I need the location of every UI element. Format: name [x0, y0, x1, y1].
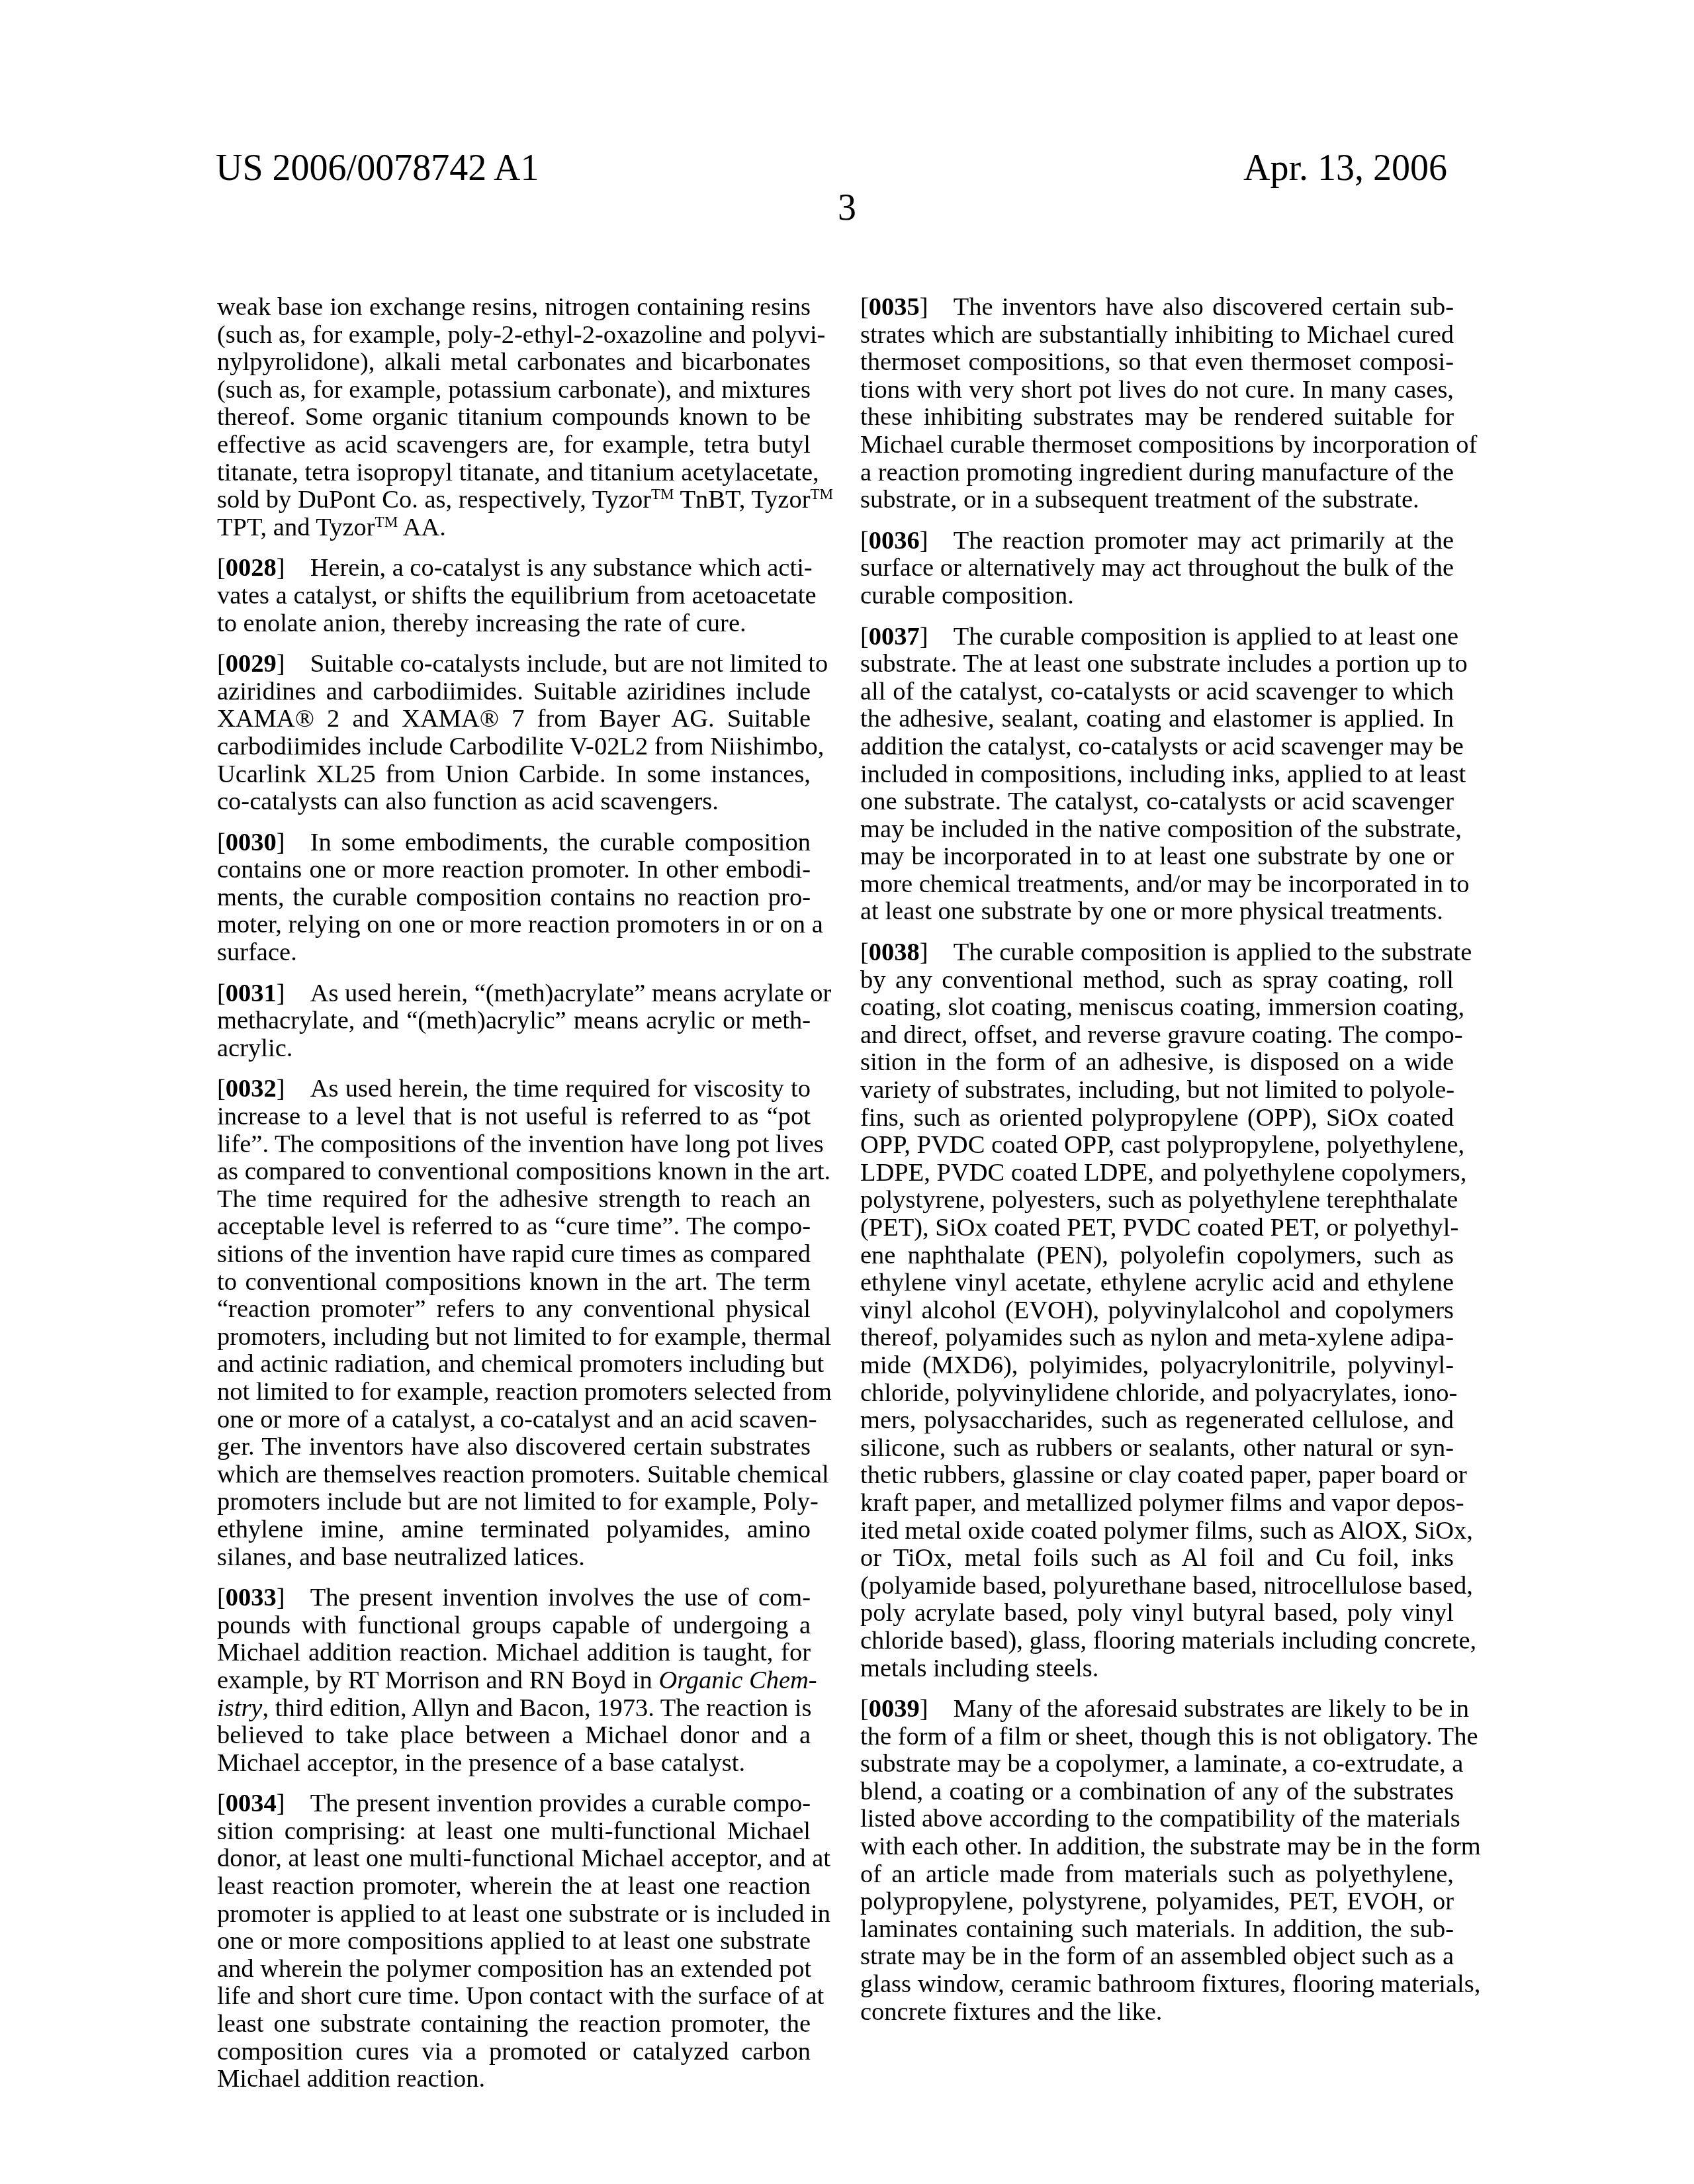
- text-line: at least one substrate by one or more ph…: [860, 898, 1454, 926]
- text-line: vates a catalyst, or shifts the equilibr…: [217, 582, 811, 610]
- text-line: and direct, offset, and reverse gravure …: [860, 1022, 1454, 1050]
- text-line: silicone, such as rubbers or sealants, o…: [860, 1435, 1454, 1463]
- text-line: [0037]The curable composition is applied…: [860, 623, 1454, 651]
- text-line: (polyamide based, polyurethane based, ni…: [860, 1572, 1454, 1600]
- text-line: strate may be in the form of an assemble…: [860, 1943, 1454, 1971]
- text-line: weak base ion exchange resins, nitrogen …: [217, 294, 811, 322]
- paragraph-0038: [0038]The curable composition is applied…: [860, 939, 1454, 1682]
- text-line: mers, polysaccharides, such as regenerat…: [860, 1407, 1454, 1435]
- text-line: sold by DuPont Co. as, respectively, Tyz…: [217, 486, 811, 514]
- text-line: a reaction promoting ingredient during m…: [860, 459, 1454, 487]
- paragraph-number: [0030]: [217, 829, 310, 856]
- paragraph-0031: [0031]As used herein, “(meth)acrylate” m…: [217, 980, 811, 1063]
- text-line: XAMA® 2 and XAMA® 7 from Bayer AG. Suita…: [217, 705, 811, 733]
- text-line: promoter is applied to at least one subs…: [217, 1901, 811, 1929]
- text-line: life and short cure time. Upon contact w…: [217, 1983, 811, 2011]
- text-line: concrete fixtures and the like.: [860, 1999, 1454, 2026]
- text-line: these inhibiting substrates may be rende…: [860, 404, 1454, 432]
- text-line: of an article made from materials such a…: [860, 1861, 1454, 1889]
- text-line: ethylene imine, amine terminated polyami…: [217, 1516, 811, 1544]
- text-line: contains one or more reaction promoter. …: [217, 856, 811, 884]
- text-line: fins, such as oriented polypropylene (OP…: [860, 1105, 1454, 1132]
- text-line: to conventional compositions known in th…: [217, 1269, 811, 1297]
- text-line: acceptable level is referred to as “cure…: [217, 1213, 811, 1241]
- text-line: substrate, or in a subsequent treatment …: [860, 486, 1454, 514]
- text-line: as compared to conventional compositions…: [217, 1158, 811, 1186]
- text-line: the form of a film or sheet, though this…: [860, 1723, 1454, 1751]
- text-line: increase to a level that is not useful i…: [217, 1103, 811, 1131]
- text-line: [0039]Many of the aforesaid substrates a…: [860, 1696, 1454, 1723]
- text-line: all of the catalyst, co-catalysts or aci…: [860, 678, 1454, 706]
- text-line: and wherein the polymer composition has …: [217, 1956, 811, 1983]
- text-line: thereof, polyamides such as nylon and me…: [860, 1324, 1454, 1352]
- text-line: moter, relying on one or more reaction p…: [217, 911, 811, 939]
- text-line: [0038]The curable composition is applied…: [860, 939, 1454, 967]
- text-line: not limited to for example, reaction pro…: [217, 1379, 811, 1406]
- text-line: Michael curable thermoset compositions b…: [860, 432, 1454, 459]
- text-line: which are themselves reaction promoters.…: [217, 1461, 811, 1489]
- text-line: substrate may be a copolymer, a laminate…: [860, 1751, 1454, 1778]
- text-line: example, by RT Morrison and RN Boyd in O…: [217, 1667, 811, 1695]
- text-line: listed above according to the compatibil…: [860, 1805, 1454, 1833]
- text-line: titanate, tetra isopropyl titanate, and …: [217, 459, 811, 487]
- paragraph-number: [0035]: [860, 293, 954, 321]
- paragraph-number: [0029]: [217, 650, 310, 678]
- text-line: surface.: [217, 939, 811, 967]
- text-line: OPP, PVDC coated OPP, cast polypropylene…: [860, 1132, 1454, 1160]
- text-line: polystyrene, polyesters, such as polyeth…: [860, 1187, 1454, 1214]
- text-line: [0034]The present invention provides a c…: [217, 1790, 811, 1818]
- text-line: ger. The inventors have also discovered …: [217, 1433, 811, 1461]
- text-line: may be included in the native compositio…: [860, 816, 1454, 844]
- text-line: sition comprising: at least one multi-fu…: [217, 1818, 811, 1846]
- text-line: donor, at least one multi-functional Mic…: [217, 1845, 811, 1873]
- paragraph-0033: [0033]The present invention involves the…: [217, 1584, 811, 1777]
- text-line: addition the catalyst, co-catalysts or a…: [860, 733, 1454, 761]
- paragraph-0029: [0029]Suitable co-catalysts include, but…: [217, 651, 811, 816]
- text-line: blend, a coating or a combination of any…: [860, 1778, 1454, 1806]
- text-line: aziridines and carbodiimides. Suitable a…: [217, 678, 811, 706]
- text-line: pounds with functional groups capable of…: [217, 1612, 811, 1640]
- paragraph-0034: [0034]The present invention provides a c…: [217, 1790, 811, 2093]
- text-line: ments, the curable composition contains …: [217, 884, 811, 912]
- text-line: sitions of the invention have rapid cure…: [217, 1241, 811, 1269]
- text-line: glass window, ceramic bathroom fixtures,…: [860, 1971, 1454, 1999]
- text-line: [0033]The present invention involves the…: [217, 1584, 811, 1612]
- paragraph-number: [0034]: [217, 1790, 310, 1817]
- text-line: [0028]Herein, a co-catalyst is any subst…: [217, 555, 811, 582]
- paragraph-number: [0036]: [860, 527, 954, 555]
- text-line: mide (MXD6), polyimides, polyacrylonitri…: [860, 1352, 1454, 1380]
- text-line: composition cures via a promoted or cata…: [217, 2038, 811, 2066]
- text-line: may be incorporated in to at least one s…: [860, 843, 1454, 871]
- text-line: “reaction promoter” refers to any conven…: [217, 1296, 811, 1324]
- paragraph-number: [0038]: [860, 938, 954, 966]
- right-column: [0035]The inventors have also discovered…: [860, 294, 1454, 2039]
- paragraph-0035: [0035]The inventors have also discovered…: [860, 294, 1454, 514]
- text-line: [0036]The reaction promoter may act prim…: [860, 527, 1454, 555]
- text-line: the adhesive, sealant, coating and elast…: [860, 705, 1454, 733]
- text-line: to enolate anion, thereby increasing the…: [217, 610, 811, 638]
- paragraph-0037: [0037]The curable composition is applied…: [860, 623, 1454, 927]
- text-line: (such as, for example, potassium carbona…: [217, 377, 811, 404]
- text-line: [0032]As used herein, the time required …: [217, 1075, 811, 1103]
- paragraph-number: [0039]: [860, 1695, 954, 1723]
- text-line: nylpyrolidone), alkali metal carbonates …: [217, 349, 811, 377]
- text-line: one or more compositions applied to at l…: [217, 1928, 811, 1956]
- text-line: (such as, for example, poly-2-ethyl-2-ox…: [217, 322, 811, 349]
- text-line: poly acrylate based, poly vinyl butyral …: [860, 1600, 1454, 1627]
- text-line: ited metal oxide coated polymer films, s…: [860, 1518, 1454, 1545]
- text-line: one substrate. The catalyst, co-catalyst…: [860, 788, 1454, 816]
- text-line: least reaction promoter, wherein the at …: [217, 1873, 811, 1901]
- text-line: thetic rubbers, glassine or clay coated …: [860, 1462, 1454, 1490]
- text-line: sition in the form of an adhesive, is di…: [860, 1049, 1454, 1077]
- text-line: Michael addition reaction.: [217, 2066, 811, 2093]
- text-line: LDPE, PVDC coated LDPE, and polyethylene…: [860, 1160, 1454, 1187]
- text-line: istry, third edition, Allyn and Bacon, 1…: [217, 1695, 811, 1723]
- text-line: chloride based), glass, flooring materia…: [860, 1627, 1454, 1655]
- text-line: Michael acceptor, in the presence of a b…: [217, 1750, 811, 1778]
- paragraph-0039: [0039]Many of the aforesaid substrates a…: [860, 1696, 1454, 2026]
- text-line: Michael addition reaction. Michael addit…: [217, 1639, 811, 1667]
- left-column: weak base ion exchange resins, nitrogen …: [217, 294, 811, 2107]
- text-line: promoters, including but not limited to …: [217, 1324, 811, 1351]
- text-line: with each other. In addition, the substr…: [860, 1833, 1454, 1861]
- text-line: acrylic.: [217, 1035, 811, 1063]
- paragraph-0028: [0028]Herein, a co-catalyst is any subst…: [217, 555, 811, 637]
- paragraph-number: [0031]: [217, 979, 310, 1007]
- publication-number: US 2006/0078742 A1: [216, 147, 539, 189]
- paragraph-0030: [0030]In some embodiments, the curable c…: [217, 829, 811, 967]
- text-line: ene naphthalate (PEN), polyolefin copoly…: [860, 1242, 1454, 1270]
- text-line: ethylene vinyl acetate, ethylene acrylic…: [860, 1269, 1454, 1297]
- paragraph-0036: [0036]The reaction promoter may act prim…: [860, 527, 1454, 610]
- text-line: laminates containing such materials. In …: [860, 1916, 1454, 1944]
- text-line: promoters include but are not limited to…: [217, 1488, 811, 1516]
- text-line: chloride, polyvinylidene chloride, and p…: [860, 1380, 1454, 1408]
- text-line: more chemical treatments, and/or may be …: [860, 871, 1454, 899]
- publication-date: Apr. 13, 2006: [1243, 147, 1447, 189]
- text-line: variety of substrates, including, but no…: [860, 1077, 1454, 1105]
- text-line: polypropylene, polystyrene, polyamides, …: [860, 1888, 1454, 1916]
- text-line: [0029]Suitable co-catalysts include, but…: [217, 651, 811, 678]
- text-line: carbodiimides include Carbodilite V-02L2…: [217, 733, 811, 761]
- text-line: metals including steels.: [860, 1655, 1454, 1683]
- text-line: and actinic radiation, and chemical prom…: [217, 1351, 811, 1379]
- text-line: tions with very short pot lives do not c…: [860, 377, 1454, 404]
- text-line: methacrylate, and “(meth)acrylic” means …: [217, 1007, 811, 1035]
- paragraph-number: [0032]: [217, 1075, 310, 1103]
- text-line: (PET), SiOx coated PET, PVDC coated PET,…: [860, 1214, 1454, 1242]
- paragraph-continued: weak base ion exchange resins, nitrogen …: [217, 294, 811, 541]
- text-line: TPT, and TyzorTM AA.: [217, 514, 811, 542]
- text-line: The time required for the adhesive stren…: [217, 1186, 811, 1214]
- text-line: one or more of a catalyst, a co-catalyst…: [217, 1406, 811, 1434]
- text-line: coating, slot coating, meniscus coating,…: [860, 994, 1454, 1022]
- text-line: believed to take place between a Michael…: [217, 1722, 811, 1750]
- text-line: least one substrate containing the react…: [217, 2011, 811, 2038]
- paragraph-number: [0028]: [217, 554, 310, 582]
- text-line: or TiOx, metal foils such as Al foil and…: [860, 1545, 1454, 1572]
- text-line: [0030]In some embodiments, the curable c…: [217, 829, 811, 857]
- text-line: effective as acid scavengers are, for ex…: [217, 432, 811, 459]
- text-line: thermoset compositions, so that even the…: [860, 349, 1454, 377]
- text-line: surface or alternatively may act through…: [860, 555, 1454, 582]
- text-line: [0031]As used herein, “(meth)acrylate” m…: [217, 980, 811, 1008]
- paragraph-0032: [0032]As used herein, the time required …: [217, 1075, 811, 1571]
- text-line: thereof. Some organic titanium compounds…: [217, 404, 811, 432]
- text-line: included in compositions, including inks…: [860, 761, 1454, 789]
- text-line: co-catalysts can also function as acid s…: [217, 788, 811, 816]
- text-line: strates which are substantially inhibiti…: [860, 322, 1454, 349]
- text-line: silanes, and base neutralized latices.: [217, 1544, 811, 1572]
- text-line: Ucarlink XL25 from Union Carbide. In som…: [217, 761, 811, 789]
- text-line: [0035]The inventors have also discovered…: [860, 294, 1454, 322]
- text-line: curable composition.: [860, 582, 1454, 610]
- paragraph-number: [0037]: [860, 623, 954, 651]
- text-line: substrate. The at least one substrate in…: [860, 651, 1454, 678]
- page-number: 3: [0, 187, 1694, 229]
- text-line: vinyl alcohol (EVOH), polyvinylalcohol a…: [860, 1297, 1454, 1325]
- text-line: by any conventional method, such as spra…: [860, 967, 1454, 995]
- text-line: life”. The compositions of the invention…: [217, 1131, 811, 1159]
- text-line: kraft paper, and metallized polymer film…: [860, 1490, 1454, 1518]
- paragraph-number: [0033]: [217, 1584, 310, 1612]
